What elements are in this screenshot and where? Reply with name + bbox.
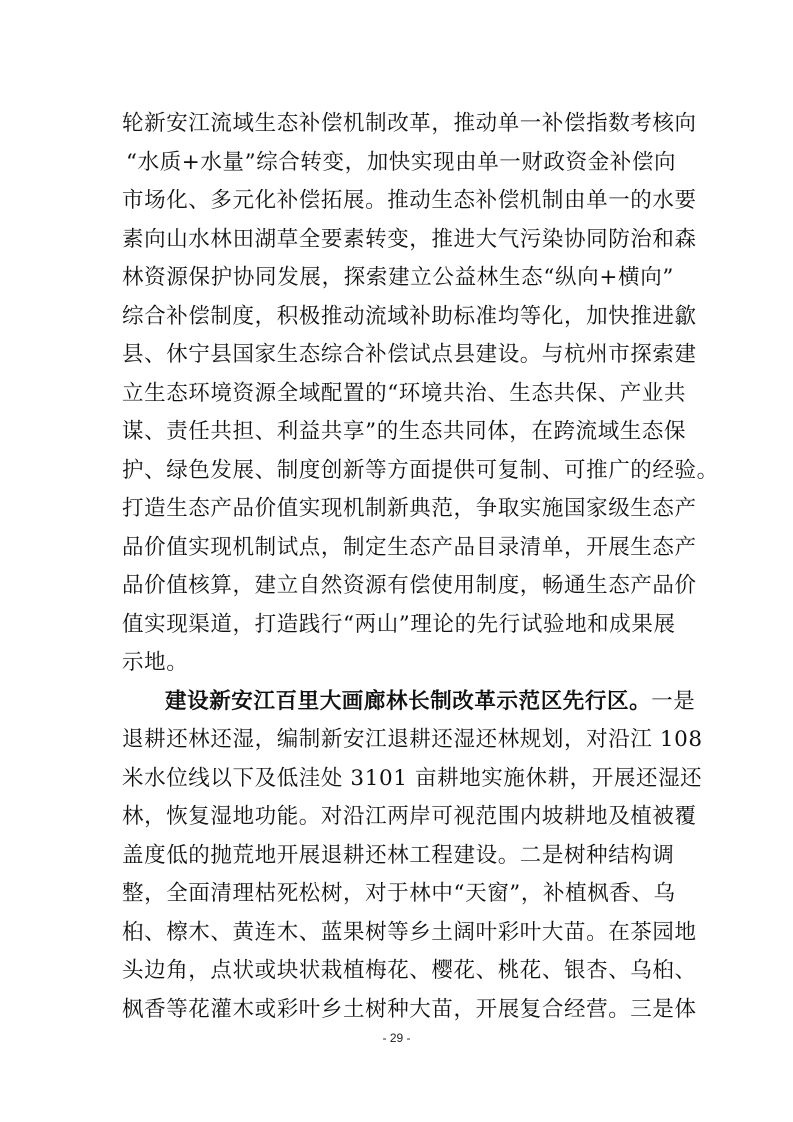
text-line: 护、绿色发展、制度创新等方面提供可复制、可推广的经验。 bbox=[122, 452, 674, 491]
text-line: 谋、责任共担、利益共享”的生态共同体，在跨流域生态保 bbox=[122, 413, 674, 452]
text-line: 县、休宁县国家生态综合补偿试点县建设。与杭州市探索建 bbox=[122, 336, 674, 375]
body-text: 轮新安江流域生态补偿机制改革，推动单一补偿指数考核向 “水质+水量”综合转变，加… bbox=[122, 105, 674, 1029]
text-line: 品价值核算，建立自然资源有偿使用制度，畅通生态产品价 bbox=[122, 567, 674, 606]
text-line: 轮新安江流域生态补偿机制改革，推动单一补偿指数考核向 bbox=[122, 105, 674, 144]
text-line: 立生态环境资源全域配置的“环境共治、生态共保、产业共 bbox=[122, 375, 674, 414]
text-line: 头边角，点状或块状栽植梅花、樱花、桃花、银杏、乌桕、 bbox=[122, 952, 674, 991]
text-line: 盖度低的抛荒地开展退耕还林工程建设。二是树种结构调 bbox=[122, 837, 674, 876]
text-line: 素向山水林田湖草全要素转变，推进大气污染协同防治和森 bbox=[122, 221, 674, 260]
text-line: 值实现渠道，打造践行“两山”理论的先行试验地和成果展 bbox=[122, 606, 674, 645]
text-line: 林，恢复湿地功能。对沿江两岸可视范围内坡耕地及植被覆 bbox=[122, 798, 674, 837]
text-line: 品价值实现机制试点，制定生态产品目录清单，开展生态产 bbox=[122, 529, 674, 568]
text-line: 整，全面清理枯死松树，对于林中“天窗”，补植枫香、乌 bbox=[122, 875, 674, 914]
section-heading: 建设新安江百里大画廊林长制改革示范区先行区。 bbox=[165, 689, 651, 714]
text-line: 综合补偿制度，积极推动流域补助标准均等化，加快推进歙 bbox=[122, 298, 674, 337]
text-line: 枫香等花灌木或彩叶乡土树种大苗，开展复合经营。三是体 bbox=[122, 991, 674, 1030]
document-page: 轮新安江流域生态补偿机制改革，推动单一补偿指数考核向 “水质+水量”综合转变，加… bbox=[0, 0, 793, 1122]
text-line: 米水位线以下及低洼处 3101 亩耕地实施休耕，开展还湿还 bbox=[122, 760, 674, 799]
text-line: 林资源保护协同发展，探索建立公益林生态“纵向+横向” bbox=[122, 259, 674, 298]
text-line: 退耕还林还湿，编制新安江退耕还湿还林规划，对沿江 108 bbox=[122, 721, 674, 760]
page-number: - 29 - bbox=[0, 1031, 793, 1045]
paragraph-forest-chief-reform: 建设新安江百里大画廊林长制改革示范区先行区。一是 退耕还林还湿，编制新安江退耕还… bbox=[122, 683, 674, 1030]
text-line: “水质+水量”综合转变，加快实现由单一财政资金补偿向 bbox=[122, 144, 674, 183]
paragraph-first-line: 建设新安江百里大画廊林长制改革示范区先行区。一是 bbox=[122, 683, 674, 722]
text-line: 打造生态产品价值实现机制新典范，争取实施国家级生态产 bbox=[122, 490, 674, 529]
text-fragment: 一是 bbox=[651, 689, 695, 714]
text-line: 桕、檫木、黄连木、蓝果树等乡土阔叶彩叶大苗。在茶园地 bbox=[122, 914, 674, 953]
text-line: 示地。 bbox=[122, 644, 674, 683]
text-line: 市场化、多元化补偿拓展。推动生态补偿机制由单一的水要 bbox=[122, 182, 674, 221]
paragraph-ecological-compensation: 轮新安江流域生态补偿机制改革，推动单一补偿指数考核向 “水质+水量”综合转变，加… bbox=[122, 105, 674, 683]
